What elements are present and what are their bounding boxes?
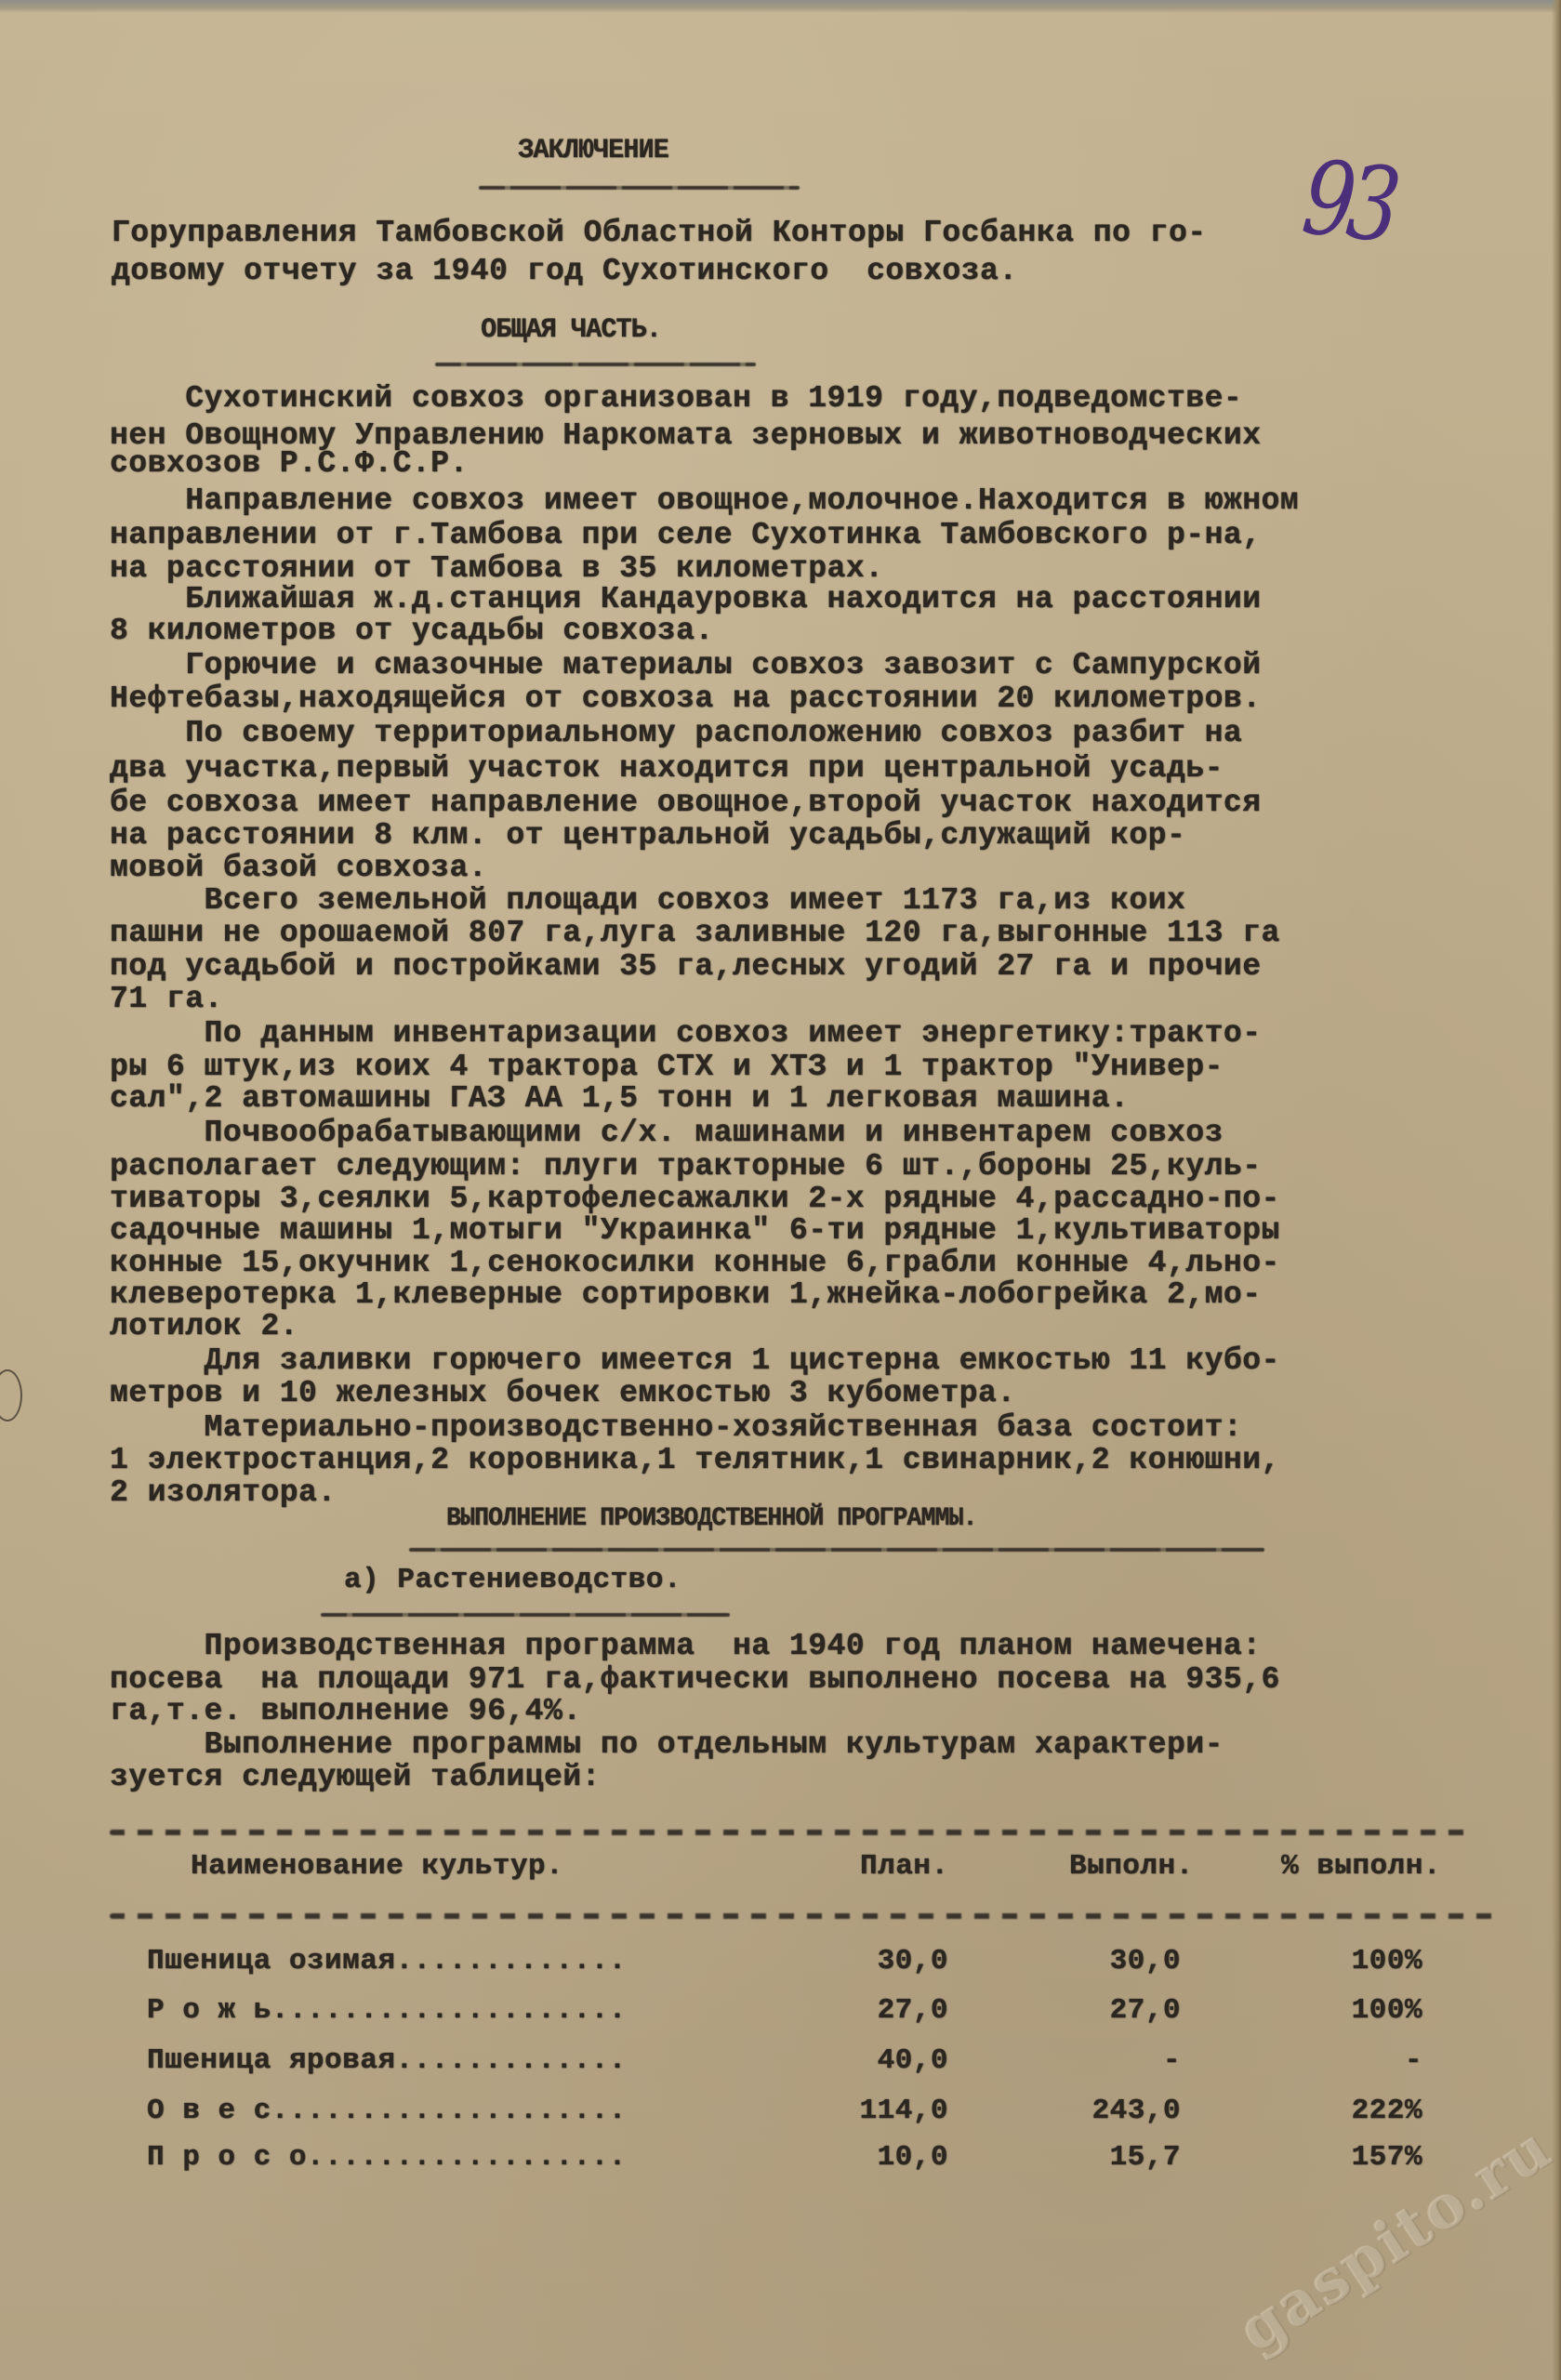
- crop-plan: 30,0: [837, 1945, 948, 1977]
- text-line: Почвообрабатывающими с/х. машинами и инв…: [110, 1116, 1224, 1150]
- text-line: под усадьбой и постройками 35 га,лесных …: [110, 949, 1262, 984]
- text-line: сал",2 автомашины ГАЗ АА 1,5 тонн и 1 ле…: [110, 1081, 1129, 1116]
- crop-plan: 114,0: [837, 2095, 948, 2127]
- table-row: Р о ж ь.................... 27,0 27,0 10…: [0, 1994, 1561, 2031]
- text-line: Производственная программа на 1940 год п…: [110, 1629, 1262, 1663]
- section-program-underline: [409, 1548, 1264, 1552]
- text-line: Сухотинский совхоз организован в 1919 го…: [110, 381, 1242, 416]
- header-percent: % выполн.: [1281, 1850, 1441, 1883]
- text-line: посева на площади 971 га,фактически выпо…: [110, 1662, 1280, 1697]
- crop-plan: 27,0: [837, 1994, 948, 2027]
- crop-done: 27,0: [1069, 1994, 1181, 2027]
- section-general-underline: [435, 363, 756, 366]
- page-top-edge: [0, 0, 1561, 13]
- crop-plan: 40,0: [837, 2044, 948, 2077]
- text-line: ры 6 штук,из коих 4 трактора СТХ и ХТЗ и…: [110, 1050, 1224, 1084]
- text-line: Ближайшая ж.д.станция Кандауровка находи…: [110, 582, 1262, 616]
- subsection-heading: а) Растениеводство.: [344, 1564, 681, 1596]
- crop-percent: 100%: [1311, 1945, 1422, 1977]
- crop-plan: 10,0: [837, 2141, 948, 2174]
- crop-percent: 222%: [1311, 2095, 1422, 2127]
- text-line: га,т.е. выполнение 96,4%.: [110, 1694, 582, 1728]
- section-heading-program: ВЫПОЛНЕНИЕ ПРОИЗВОДСТВЕННОЙ ПРОГРАММЫ.: [446, 1504, 976, 1533]
- text-line: два участка,первый участок находится при…: [110, 751, 1224, 786]
- text-line: садочные машины 1,мотыги "Украинка" 6-ти…: [110, 1213, 1280, 1248]
- crop-name: П р о с о..................: [147, 2141, 627, 2174]
- text-line: на расстоянии 8 клм. от центральной усад…: [110, 818, 1185, 853]
- header-plan: План.: [860, 1850, 949, 1883]
- crop-done: 15,7: [1069, 2141, 1181, 2174]
- text-line: бе совхоза имеет направление овощное,вто…: [110, 786, 1262, 820]
- section-heading-general: ОБЩАЯ ЧАСТЬ.: [481, 314, 661, 346]
- table-row: Пшеница яровая............. 40,0 - -: [0, 2044, 1561, 2082]
- text-line: 71 га.: [110, 982, 223, 1016]
- text-line: на расстоянии от Тамбова в 35 километрах…: [110, 551, 883, 586]
- text-line: Горючие и смазочные материалы совхоз зав…: [110, 648, 1262, 682]
- text-line: метров и 10 железных бочек емкостью 3 ку…: [110, 1376, 1016, 1410]
- subtitle-line-1: Горуправления Тамбовской Областной Конто…: [112, 216, 1207, 250]
- text-line: лотилок 2.: [110, 1309, 298, 1343]
- table-row: О в е с.................... 114,0 243,0 …: [0, 2095, 1561, 2132]
- crop-percent: 157%: [1311, 2141, 1422, 2174]
- text-line: клеверотерка 1,клеверные сортировки 1,жн…: [110, 1277, 1262, 1312]
- folio-number-handwritten: 93: [1298, 137, 1399, 265]
- text-line: 1 электростанция,2 коровника,1 телятник,…: [110, 1443, 1280, 1477]
- text-line: мовой базой совхоза.: [110, 851, 487, 885]
- crop-done: 243,0: [1069, 2095, 1181, 2127]
- subtitle-line-2: довому отчету за 1940 год Сухотинского с…: [112, 254, 1018, 288]
- text-line: Нефтебазы,находящейся от совхоза на расс…: [110, 681, 1262, 716]
- document-title: ЗАКЛЮЧЕНИЕ: [518, 135, 668, 166]
- text-line: Выполнение программы по отдельным культу…: [110, 1727, 1224, 1762]
- text-line: По своему территориальному расположению …: [110, 716, 1242, 750]
- crop-name: Пшеница яровая.............: [147, 2044, 627, 2077]
- table-header-row: Наименование культур. План. Выполн. % вы…: [0, 1850, 1561, 1887]
- subsection-underline: [321, 1613, 730, 1617]
- header-done: Выполн.: [1069, 1850, 1194, 1883]
- title-underline: [479, 186, 800, 190]
- text-line: зуется следующей таблицей:: [110, 1760, 601, 1794]
- table-header-rule: [110, 1913, 1504, 1919]
- text-line: Для заливки горючего имеется 1 цистерна …: [110, 1343, 1280, 1378]
- crop-percent: -: [1311, 2044, 1422, 2077]
- document-page: ЗАКЛЮЧЕНИЕ 93 Горуправления Тамбовской О…: [0, 0, 1561, 2380]
- text-line: располагает следующим: плуги тракторные …: [110, 1149, 1262, 1183]
- crop-done: -: [1069, 2044, 1181, 2077]
- crop-done: 30,0: [1069, 1945, 1181, 1977]
- margin-ink-mark: [0, 1369, 22, 1421]
- table-top-rule: [110, 1830, 1476, 1835]
- text-line: конные 15,окучник 1,сенокосилки конные 6…: [110, 1246, 1280, 1280]
- text-line: Направление совхоз имеет овощное,молочно…: [110, 483, 1299, 518]
- text-line: совхозов Р.С.Ф.С.Р.: [110, 446, 469, 481]
- text-line: Всего земельной площади совхоз имеет 117…: [110, 883, 1185, 918]
- text-line: 8 километров от усадьбы совхоза.: [110, 614, 714, 648]
- crop-name: Пшеница озимая.............: [147, 1945, 627, 1977]
- text-line: тиваторы 3,сеялки 5,картофелесажалки 2-х…: [110, 1182, 1280, 1216]
- text-line: Материально-производственно-хозяйственна…: [110, 1410, 1242, 1445]
- crop-name: Р о ж ь....................: [147, 1994, 627, 2027]
- text-line: направлении от г.Тамбова при селе Сухоти…: [110, 518, 1262, 552]
- table-row: Пшеница озимая............. 30,0 30,0 10…: [0, 1945, 1561, 1982]
- crop-name: О в е с....................: [147, 2095, 627, 2127]
- text-line: пашни не орошаемой 807 га,луга заливные …: [110, 916, 1280, 950]
- table-row: П р о с о.................. 10,0 15,7 15…: [0, 2141, 1561, 2178]
- text-line: По данным инвентаризации совхоз имеет эн…: [110, 1016, 1262, 1051]
- crop-percent: 100%: [1311, 1994, 1422, 2027]
- header-crop-name: Наименование культур.: [191, 1850, 563, 1883]
- text-line: 2 изолятора.: [110, 1475, 337, 1510]
